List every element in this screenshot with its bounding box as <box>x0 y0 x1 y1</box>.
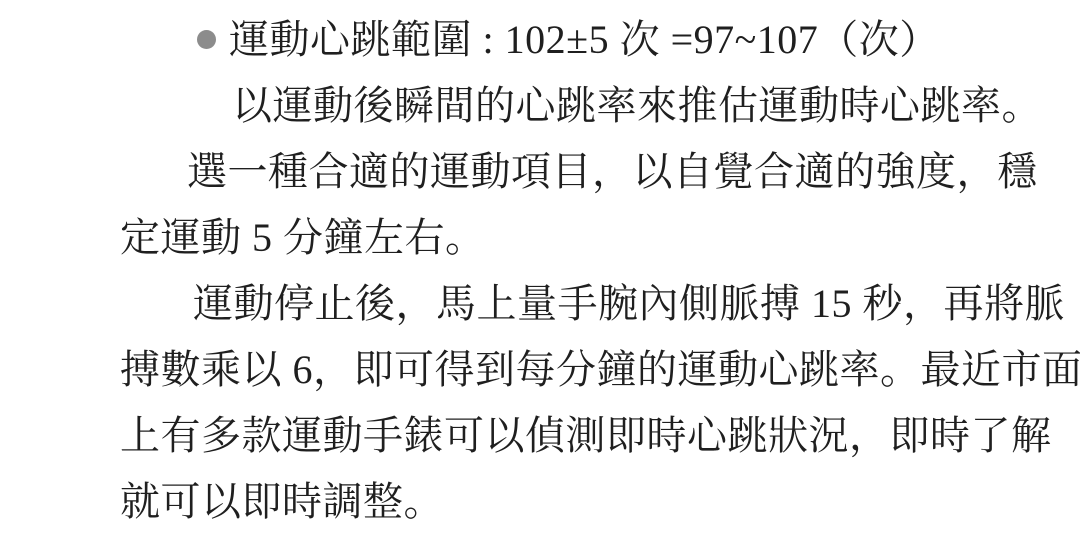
bullet-item-text: 運動心跳範圍 : 102±5 次 =97~107（次） <box>229 17 940 62</box>
text-line-5: 運動停止後，馬上量手腕內側脈搏 15 秒，再將脈 <box>120 271 1032 337</box>
text-line-3: 選一種合適的運動項目，以自覺合適的強度，穩 <box>120 139 1032 205</box>
bullet-list-item: 運動心跳範圍 : 102±5 次 =97~107（次） <box>120 7 1032 73</box>
text-line-7: 上有多款運動手錶可以偵測即時心跳狀況，即時了解 <box>120 403 1032 469</box>
text-block: 運動心跳範圍 : 102±5 次 =97~107（次） 以運動後瞬間的心跳率來推… <box>120 7 1032 535</box>
document-page: 運動心跳範圍 : 102±5 次 =97~107（次） 以運動後瞬間的心跳率來推… <box>0 0 1080 552</box>
text-line-4: 定運動 5 分鐘左右。 <box>120 205 1032 271</box>
text-line-8: 就可以即時調整。 <box>120 469 1032 535</box>
text-line-6: 搏數乘以 6，即可得到每分鐘的運動心跳率。最近市面 <box>120 337 1032 403</box>
circle-bullet-icon <box>197 30 216 49</box>
text-line-2: 以運動後瞬間的心跳率來推估運動時心跳率。 <box>120 73 1032 139</box>
